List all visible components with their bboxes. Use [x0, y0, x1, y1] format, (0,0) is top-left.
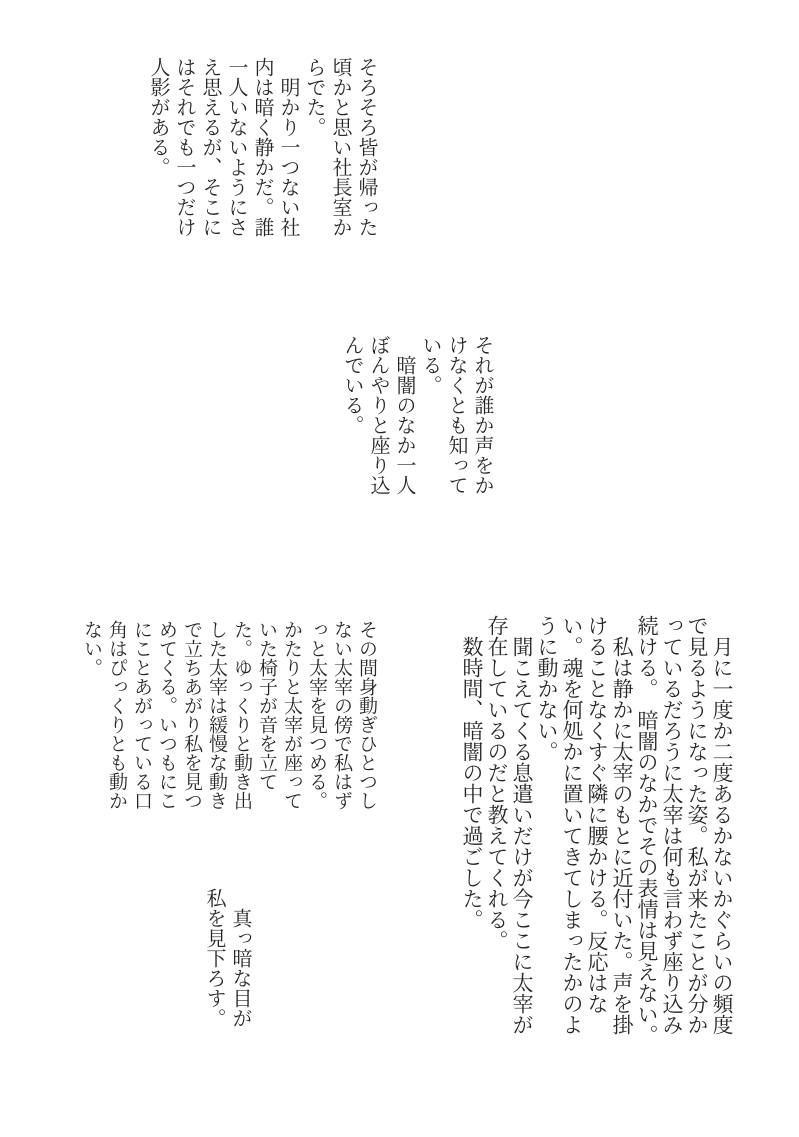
paragraph: 私を見下ろす。 — [202, 882, 228, 1028]
paragraph: かたりと太宰が座っていた椅子が音を立てた。ゆっくりと動き出した太宰は緩慢な動きで… — [79, 620, 304, 818]
text-block-stands-up: その間身動ぎひとつしない太宰の傍で私はずっと太宰を見つめる。かたりと太宰が座って… — [79, 620, 379, 818]
paragraph: その間身動ぎひとつしない太宰の傍で私はずっと太宰を見つめる。 — [304, 620, 379, 818]
paragraph: 聞こえてくる息遣いだけが今ここに太宰が存在しているのだと教えてくれる。 — [484, 615, 534, 1047]
text-block-sitting-beside: 月に一度か二度あるかないかぐらいの頻度で見るようになった姿。私が来たことが分かっ… — [459, 615, 734, 1047]
paragraph: 明かり一つない社内は暗く静かだ。誰一人いないようにさえ思えるが、そこにはそれでも… — [146, 57, 302, 247]
paragraph: 真っ暗な目が — [228, 882, 254, 1028]
paragraph: それが誰か声をかけなくとも知っている。 — [418, 335, 496, 505]
paragraph: そろそろ皆が帰った頃かと思い社長室からでた。 — [302, 57, 380, 247]
text-block-dark-eyes: 真っ暗な目が私を見下ろす。 — [202, 882, 254, 1028]
paragraph: 私は静かに太宰のもとに近付いた。声を掛けることなくすぐ隣に腰かける。反応はない。… — [534, 615, 634, 1047]
text-block-knowing: それが誰か声をかけなくとも知っている。 暗闇のなか一人ぼんやりと座り込んでいる。 — [340, 335, 496, 505]
novel-page: そろそろ皆が帰った頃かと思い社長室からでた。 明かり一つない社内は暗く静かだ。誰… — [0, 0, 799, 1137]
paragraph: 月に一度か二度あるかないかぐらいの頻度で見るようになった姿。私が来たことが分かっ… — [634, 615, 734, 1047]
text-block-opening: そろそろ皆が帰った頃かと思い社長室からでた。 明かり一つない社内は暗く静かだ。誰… — [146, 57, 380, 247]
paragraph: 数時間、暗闇の中で過ごした。 — [459, 615, 484, 1047]
paragraph: 暗闇のなか一人ぼんやりと座り込んでいる。 — [340, 335, 418, 505]
